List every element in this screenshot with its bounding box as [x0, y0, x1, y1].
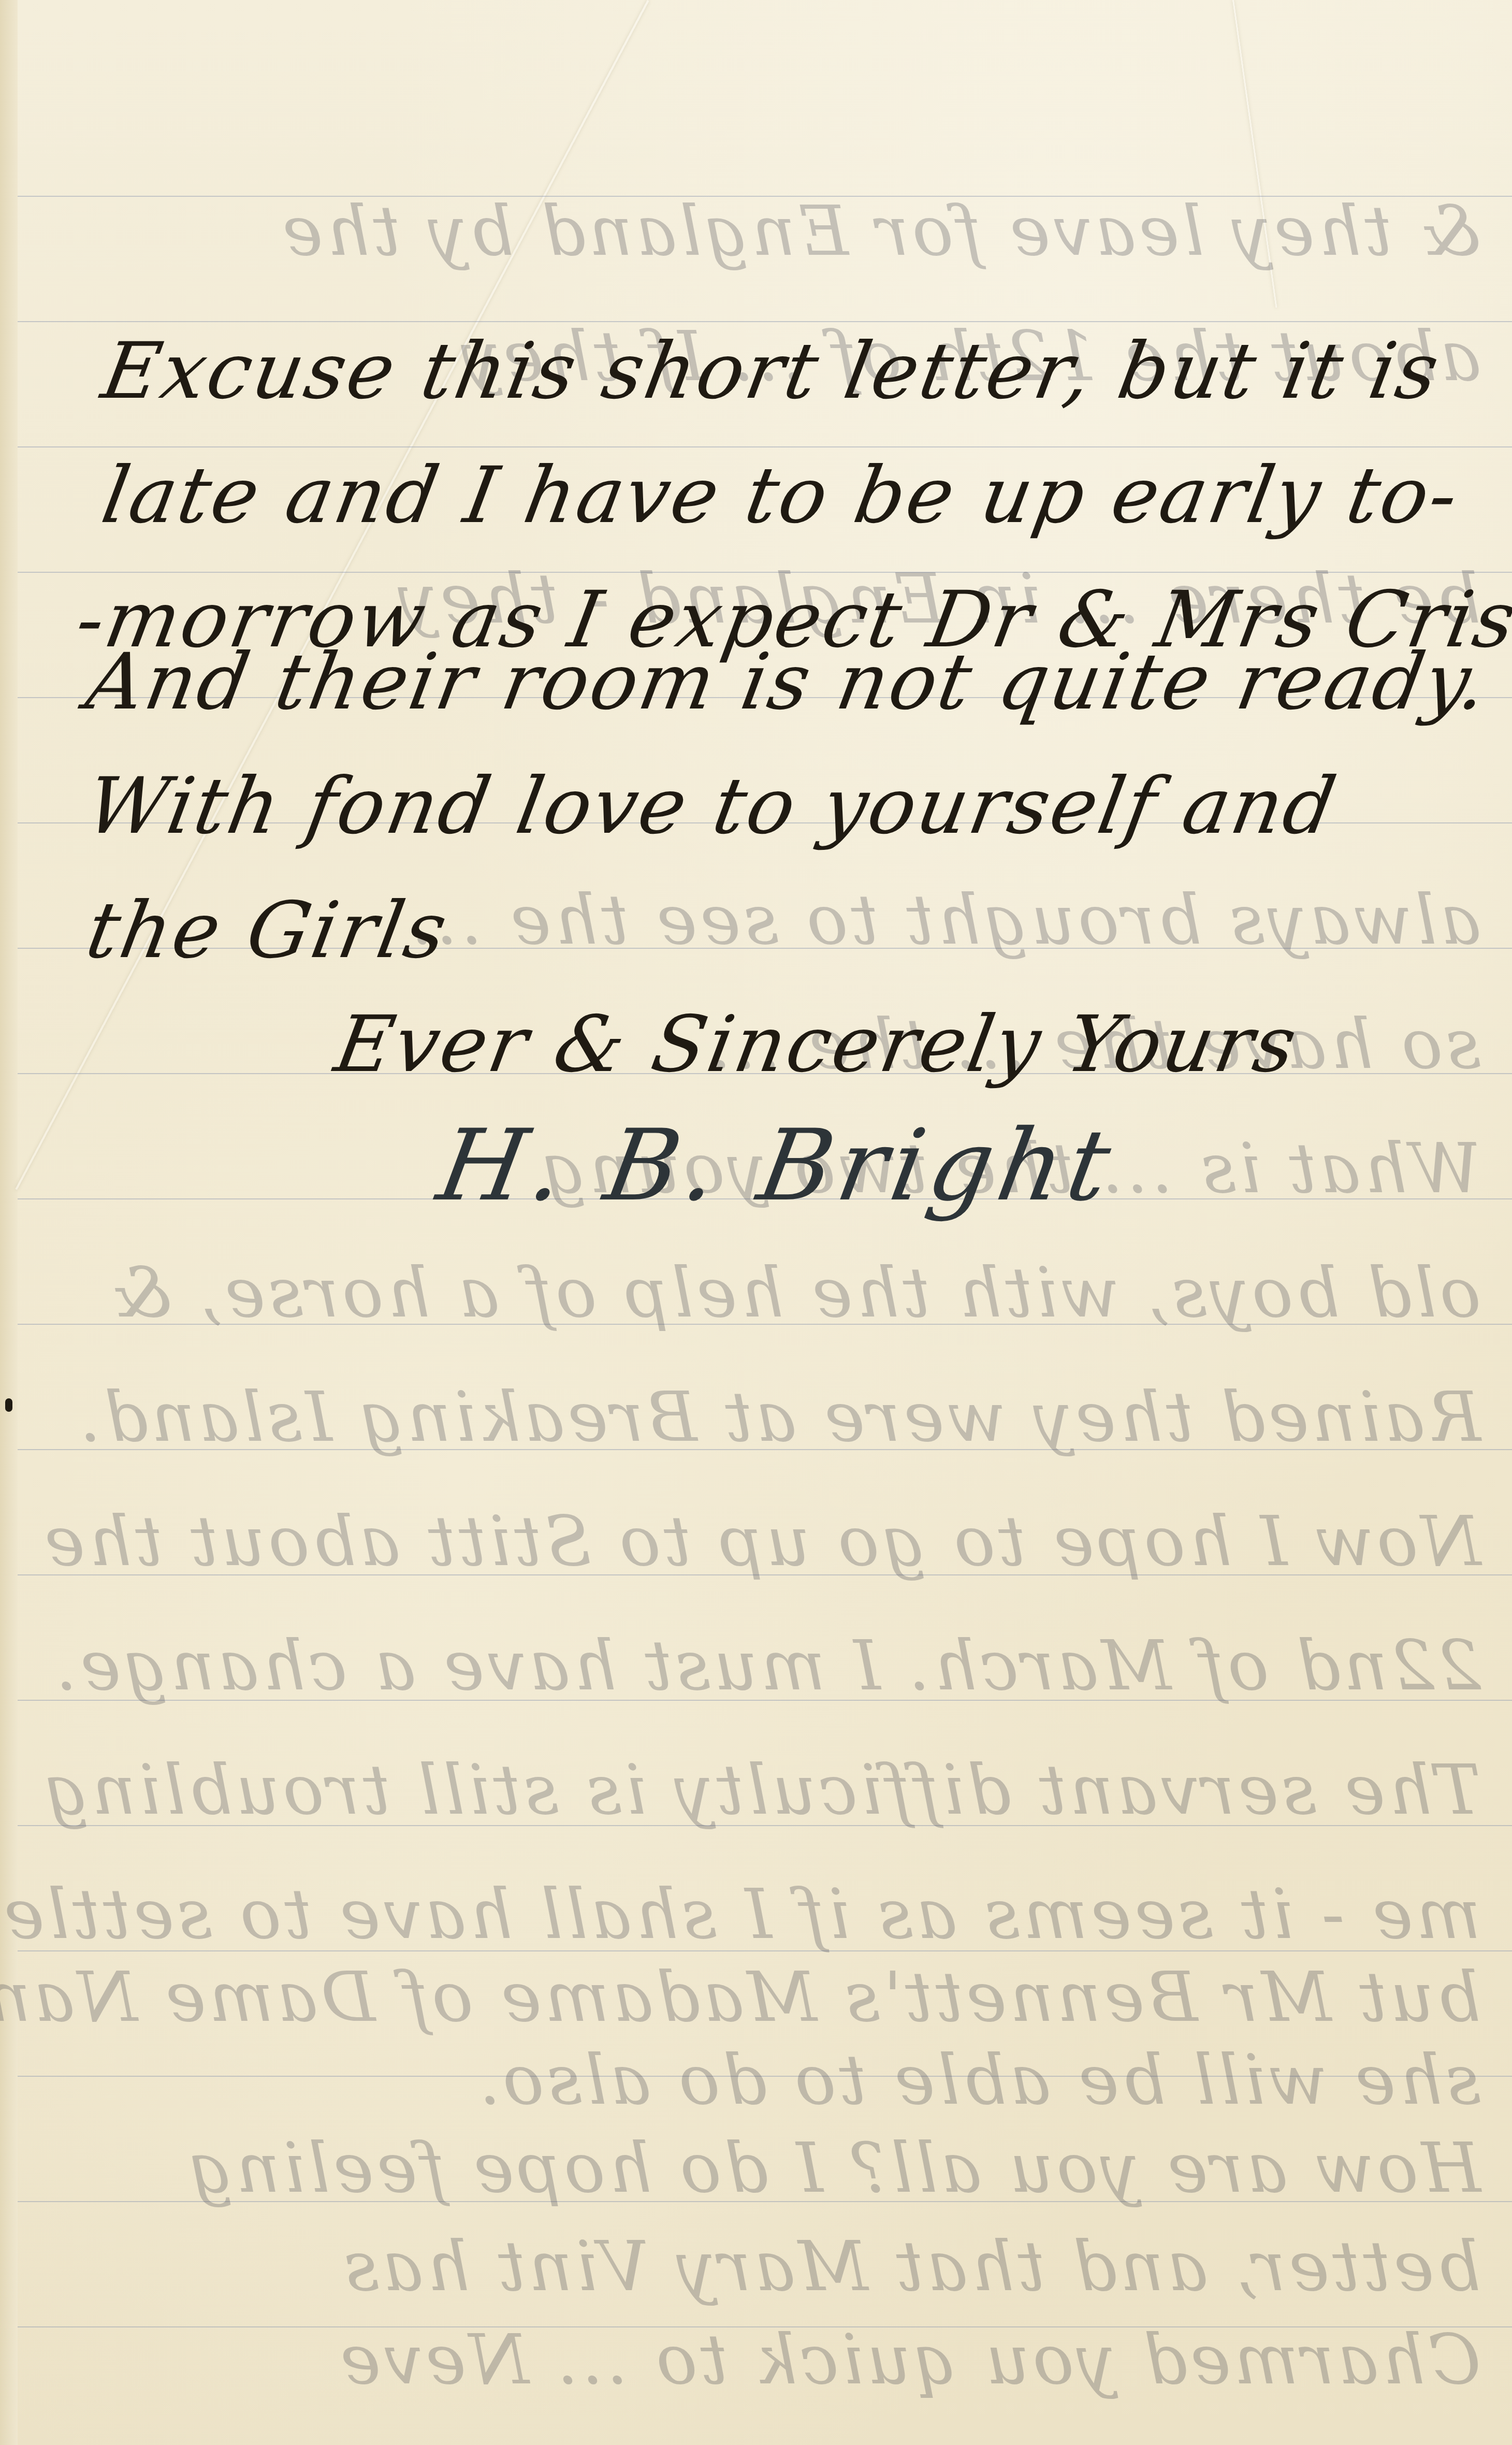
- letter-closing: Ever & Sincerely Yours: [329, 1000, 1305, 1090]
- bleed-through-line: & they leave for England by the: [31, 192, 1481, 271]
- letter-line-4: And their room is not quite ready.: [80, 637, 1496, 727]
- letter-line-1: Excuse this short letter, but it is: [96, 326, 1447, 416]
- bleed-through-line: old boys, with the help of a horse, &: [31, 1253, 1481, 1333]
- bleed-through-line: 22nd of March. I must have a change.: [31, 1626, 1481, 1706]
- bleed-through-line: but Mr Bennett's Madame of Dame Nancy: [31, 1958, 1481, 2037]
- letter-page: & they leave for England by the about th…: [0, 0, 1512, 2445]
- bleed-through-line: me - it seems as if I shall have to sett…: [31, 1875, 1481, 1955]
- letter-line-5: With fond love to yourself and: [80, 761, 1344, 851]
- letter-signature: H. B. Bright: [430, 1108, 1125, 1223]
- ruled-line: [18, 446, 1512, 447]
- bleed-through-line: Rained they were at Breaking Island.: [31, 1378, 1481, 1457]
- letter-line-2: late and I have to be up early to-: [96, 451, 1466, 541]
- bleed-through-line: The servant difficulty is still troublin…: [31, 1750, 1481, 1830]
- ink-mark: [5, 1398, 12, 1412]
- letter-line-6: the Girls: [80, 886, 455, 976]
- paper-left-edge: [0, 0, 18, 2445]
- bleed-through-line: Charmed you quick to ... Neve: [31, 2320, 1481, 2400]
- bleed-through-line: Now I hope to go up to Stitt about the: [31, 1502, 1481, 1582]
- bleed-through-line: she will be able to do also.: [31, 2041, 1481, 2120]
- bleed-through-line: better, and that Mary Vint has: [31, 2227, 1481, 2307]
- bleed-through-line: How are you all? I do hope feeling: [31, 2129, 1481, 2208]
